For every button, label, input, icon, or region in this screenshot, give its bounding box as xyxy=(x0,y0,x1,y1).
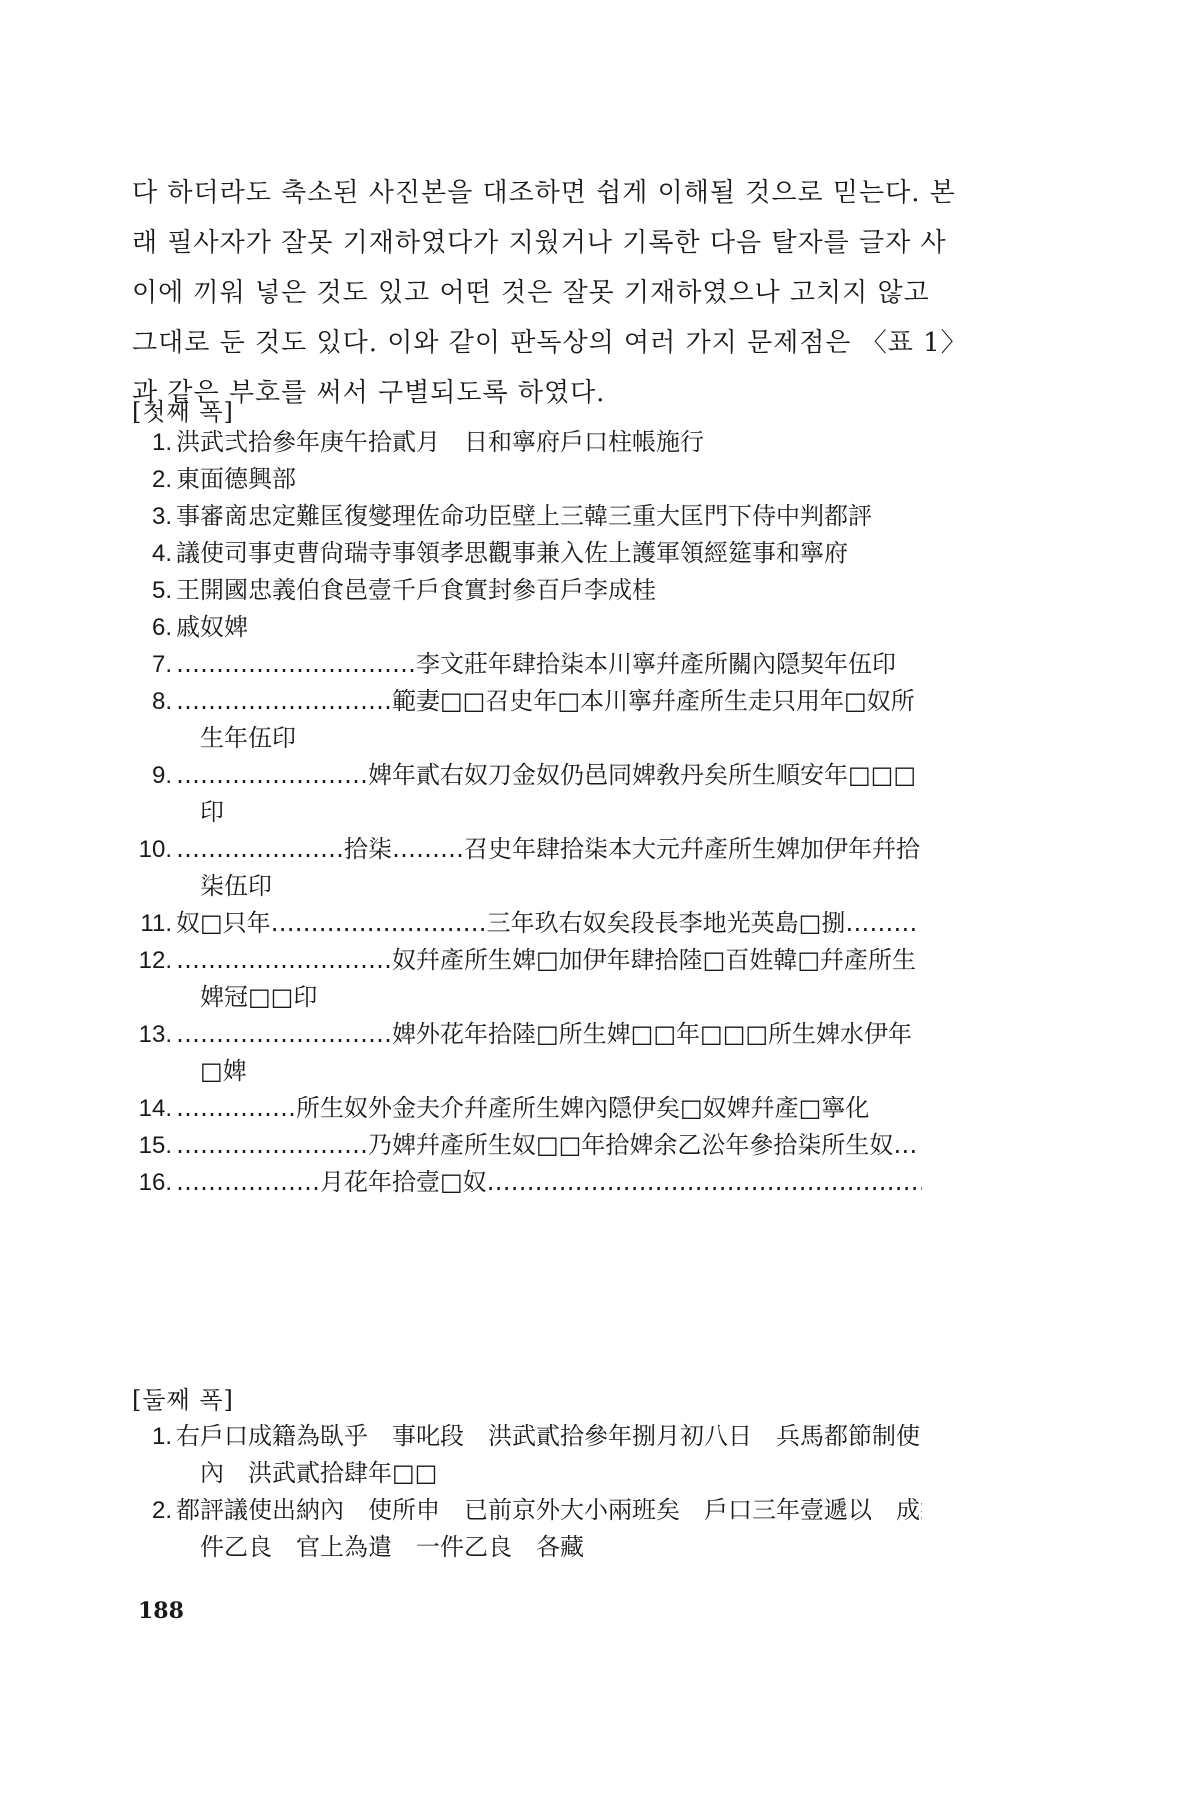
transcription-line: 4.議使司事吏曹尙瑞寺事領孝思觀事兼入佐上護軍領經筵事和寧府 xyxy=(132,535,922,572)
transcription-line: 14.……………所生奴外金夫介幷產所生婢內隠伊矣□奴婢幷產□寧化 xyxy=(132,1090,922,1127)
intro-paragraph: 다 하더라도 축소된 사진본을 대조하면 쉽게 이해될 것으로 믿는다. 본 래… xyxy=(132,168,922,418)
transcription-line: 7.…………………………李文莊年肆拾柒本川寧幷產所關內隠契年伍印 xyxy=(132,646,922,683)
transcription-line: 6.戚奴婢 xyxy=(132,609,922,646)
transcription-line: 13.………………………婢外花年拾陸□所生婢□□年□□□所生婢水伊年□婢 xyxy=(132,1016,922,1090)
transcription-line: 11.奴□只年………………………三年玖右奴矣段長李地光英島□捌……… xyxy=(132,905,922,942)
transcription-line: 2.都評議使出納內 使所申 已前京外大小兩班矣 戶口三年壹遞以 成籍 一件乙良 … xyxy=(132,1492,922,1566)
transcription-line: 12.………………………奴幷產所生婢□加伊年肆拾陸□百姓韓□幷產所生婢冠□□印 xyxy=(132,942,922,1016)
section1-entries: 1.洪武弍拾參年庚午拾貳月 日和寧府戶口柱帳施行 2.東面德興部 3.事審啇忠定… xyxy=(132,424,922,1201)
transcription-line: 2.東面德興部 xyxy=(132,461,922,498)
section2-entries: 1.右戶口成籍為臥乎 事叱段 洪武貳拾參年捌月初八日 兵馬都節制使出納內 洪武貳… xyxy=(132,1418,922,1566)
transcription-line: 10.…………………拾柒………召史年肆拾柒本大元幷產所生婢加伊年幷拾柒伍印 xyxy=(132,831,922,905)
transcription-line: 16.………………月花年拾壹□奴………………………………………………… xyxy=(132,1164,922,1201)
section-heading-first: [첫째 폭] xyxy=(132,392,234,427)
transcription-line: 1.右戶口成籍為臥乎 事叱段 洪武貳拾參年捌月初八日 兵馬都節制使出納內 洪武貳… xyxy=(132,1418,922,1492)
intro-line: 다 하더라도 축소된 사진본을 대조하면 쉽게 이해될 것으로 믿는다. 본 xyxy=(132,168,922,218)
transcription-line: 1.洪武弍拾參年庚午拾貳月 日和寧府戶口柱帳施行 xyxy=(132,424,922,461)
transcription-line: 15.……………………乃婢幷產所生奴□□年拾婢余乙㳂年參拾柒所生奴… xyxy=(132,1127,922,1164)
intro-line: 이에 끼워 넣은 것도 있고 어떤 것은 잘못 기재하였으나 고치지 않고 xyxy=(132,268,922,318)
page-number: 188 xyxy=(138,1598,184,1624)
section-heading-second: [둘째 폭] xyxy=(132,1380,234,1415)
transcription-line: 3.事審啇忠定難匡復燮理佐命功臣壁上三韓三重大匡門下侍中判都評 xyxy=(132,498,922,535)
intro-line: 과 같은 부호를 써서 구별되도록 하였다. xyxy=(132,368,922,418)
transcription-line: 5.王開國忠義伯食邑壹千戶食實封參百戶李成桂 xyxy=(132,572,922,609)
transcription-line: 8.………………………範妻□□召史年□本川寧幷產所生走只用年□奴所生年伍印 xyxy=(132,683,922,757)
transcription-line: 9.……………………婢年貳右奴刀金奴仍邑同婢敎丹矣所生順安年□□□印 xyxy=(132,757,922,831)
intro-line: 래 필사자가 잘못 기재하였다가 지웠거나 기록한 다음 탈자를 글자 사 xyxy=(132,218,922,268)
document-page: 다 하더라도 축소된 사진본을 대조하면 쉽게 이해될 것으로 믿는다. 본 래… xyxy=(0,0,1200,1800)
intro-line: 그대로 둔 것도 있다. 이와 같이 판독상의 여러 가지 문제점은 〈표 1〉 xyxy=(132,318,922,368)
